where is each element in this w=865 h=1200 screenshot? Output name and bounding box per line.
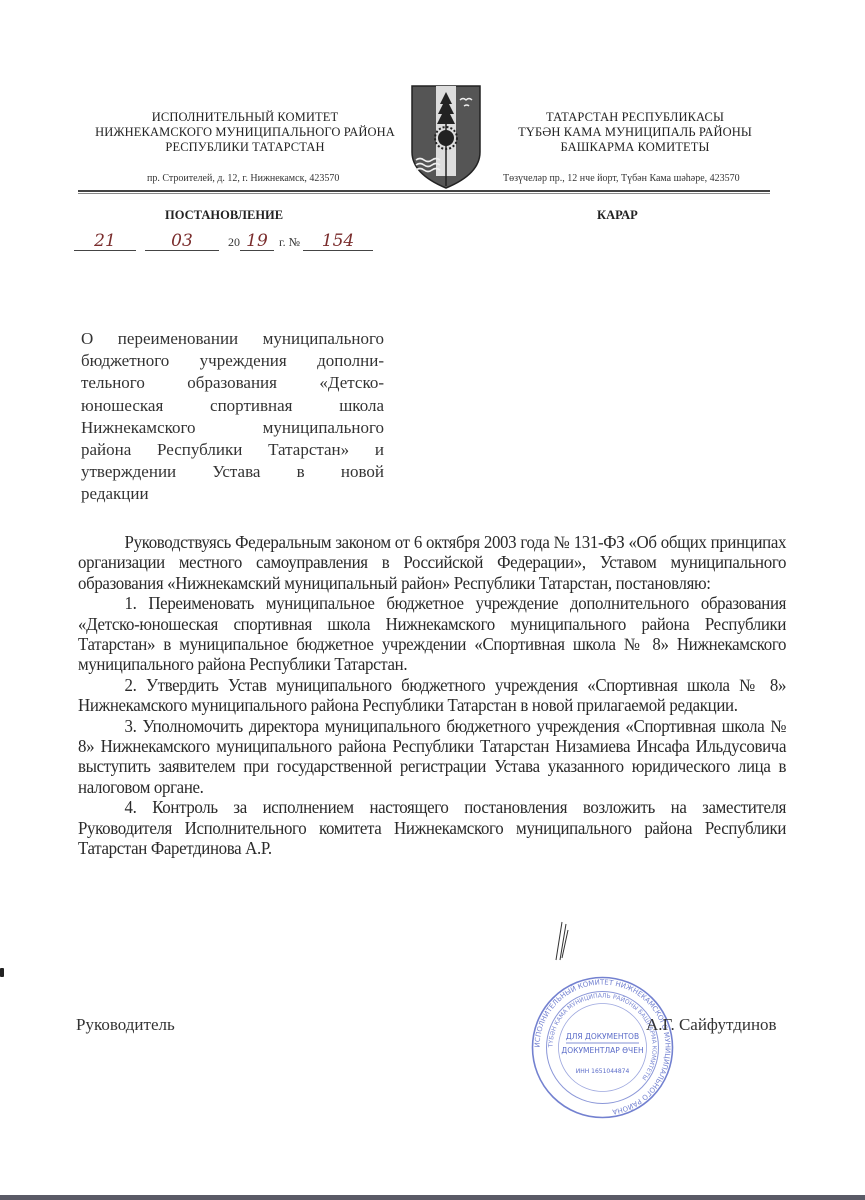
svg-text:ДОКУМЕНТЛАР ӨЧЕН: ДОКУМЕНТЛАР ӨЧЕН xyxy=(561,1046,643,1055)
coat-of-arms-icon xyxy=(408,82,484,190)
issuer-line: БАШКАРМА КОМИТЕТЫ xyxy=(505,140,765,155)
title-line: О переименовании муниципального xyxy=(81,328,384,350)
svg-text:ДЛЯ ДОКУМЕНТОВ: ДЛЯ ДОКУМЕНТОВ xyxy=(566,1032,639,1041)
svg-text:ИНН 1651044874: ИНН 1651044874 xyxy=(576,1068,630,1075)
date-month: 03 xyxy=(145,232,219,251)
title-line: тельного образования «Детско- xyxy=(81,372,384,394)
issuer-line: РЕСПУБЛИКИ ТАТАРСТАН xyxy=(75,140,415,155)
date-day: 21 xyxy=(74,232,136,251)
issuer-name-tatar: ТАТАРСТАН РЕСПУБЛИКАСЫ ТҮБӘН КАМА МУНИЦИ… xyxy=(505,110,765,155)
doc-number: 154 xyxy=(303,232,373,251)
date-year-prefix: 20 xyxy=(228,235,240,249)
clause-3: 3. Уполномочить директора муниципального… xyxy=(78,716,786,798)
date-number-line: 21 03 2019 г. № 154 xyxy=(74,232,373,251)
title-line: бюджетного учреждения дополни- xyxy=(81,350,384,372)
issuer-line: ТҮБӘН КАМА МУНИЦИПАЛЬ РАЙОНЫ xyxy=(505,125,765,140)
clause-2: 2. Утвердить Устав муниципального бюджет… xyxy=(78,675,786,716)
issuer-line: ИСПОЛНИТЕЛЬНЫЙ КОМИТЕТ xyxy=(75,110,415,125)
issuer-line: НИЖНЕКАМСКОГО МУНИЦИПАЛЬНОГО РАЙОНА xyxy=(75,125,415,140)
issuer-address-russian: пр. Строителей, д. 12, г. Нижнекамск, 42… xyxy=(147,173,339,184)
document-body: Руководствуясь Федеральным законом от 6 … xyxy=(78,532,786,859)
clause-4: 4. Контроль за исполнением настоящего по… xyxy=(78,797,786,858)
title-line: утверждении Устава в новой xyxy=(81,461,384,483)
scan-edge xyxy=(0,1195,865,1200)
initials-mark-icon xyxy=(552,920,572,967)
title-line: редакции xyxy=(81,483,384,505)
issuer-name-russian: ИСПОЛНИТЕЛЬНЫЙ КОМИТЕТ НИЖНЕКАМСКОГО МУН… xyxy=(75,110,415,155)
title-line: юношеская спортивная школа xyxy=(81,395,384,417)
header-divider-thin xyxy=(78,193,770,194)
doc-type-russian: ПОСТАНОВЛЕНИЕ xyxy=(165,208,283,223)
scan-mark xyxy=(0,968,4,977)
number-label: г. № xyxy=(279,235,300,249)
title-line: района Республики Татарстан» и xyxy=(81,439,384,461)
clause-1: 1. Переименовать муниципальное бюджетное… xyxy=(78,593,786,675)
signatory-name: А.Г. Сайфутдинов xyxy=(646,1015,777,1035)
issuer-line: ТАТАРСТАН РЕСПУБЛИКАСЫ xyxy=(505,110,765,125)
signatory-title: Руководитель xyxy=(76,1015,175,1035)
date-year-suffix: 19 xyxy=(240,232,274,251)
header-divider xyxy=(78,190,770,192)
title-line: Нижнекамского муниципального xyxy=(81,417,384,439)
document-title: О переименовании муниципального бюджетно… xyxy=(81,328,384,506)
official-stamp: ИСПОЛНИТЕЛЬНЫЙ КОМИТЕТ НИЖНЕКАМСКОГО МУН… xyxy=(530,975,675,1120)
preamble: Руководствуясь Федеральным законом от 6 … xyxy=(78,532,786,593)
issuer-address-tatar: Төзүчеләр пр., 12 нче йорт, Түбән Кама ш… xyxy=(503,173,740,184)
doc-type-tatar: КАРАР xyxy=(597,208,638,223)
